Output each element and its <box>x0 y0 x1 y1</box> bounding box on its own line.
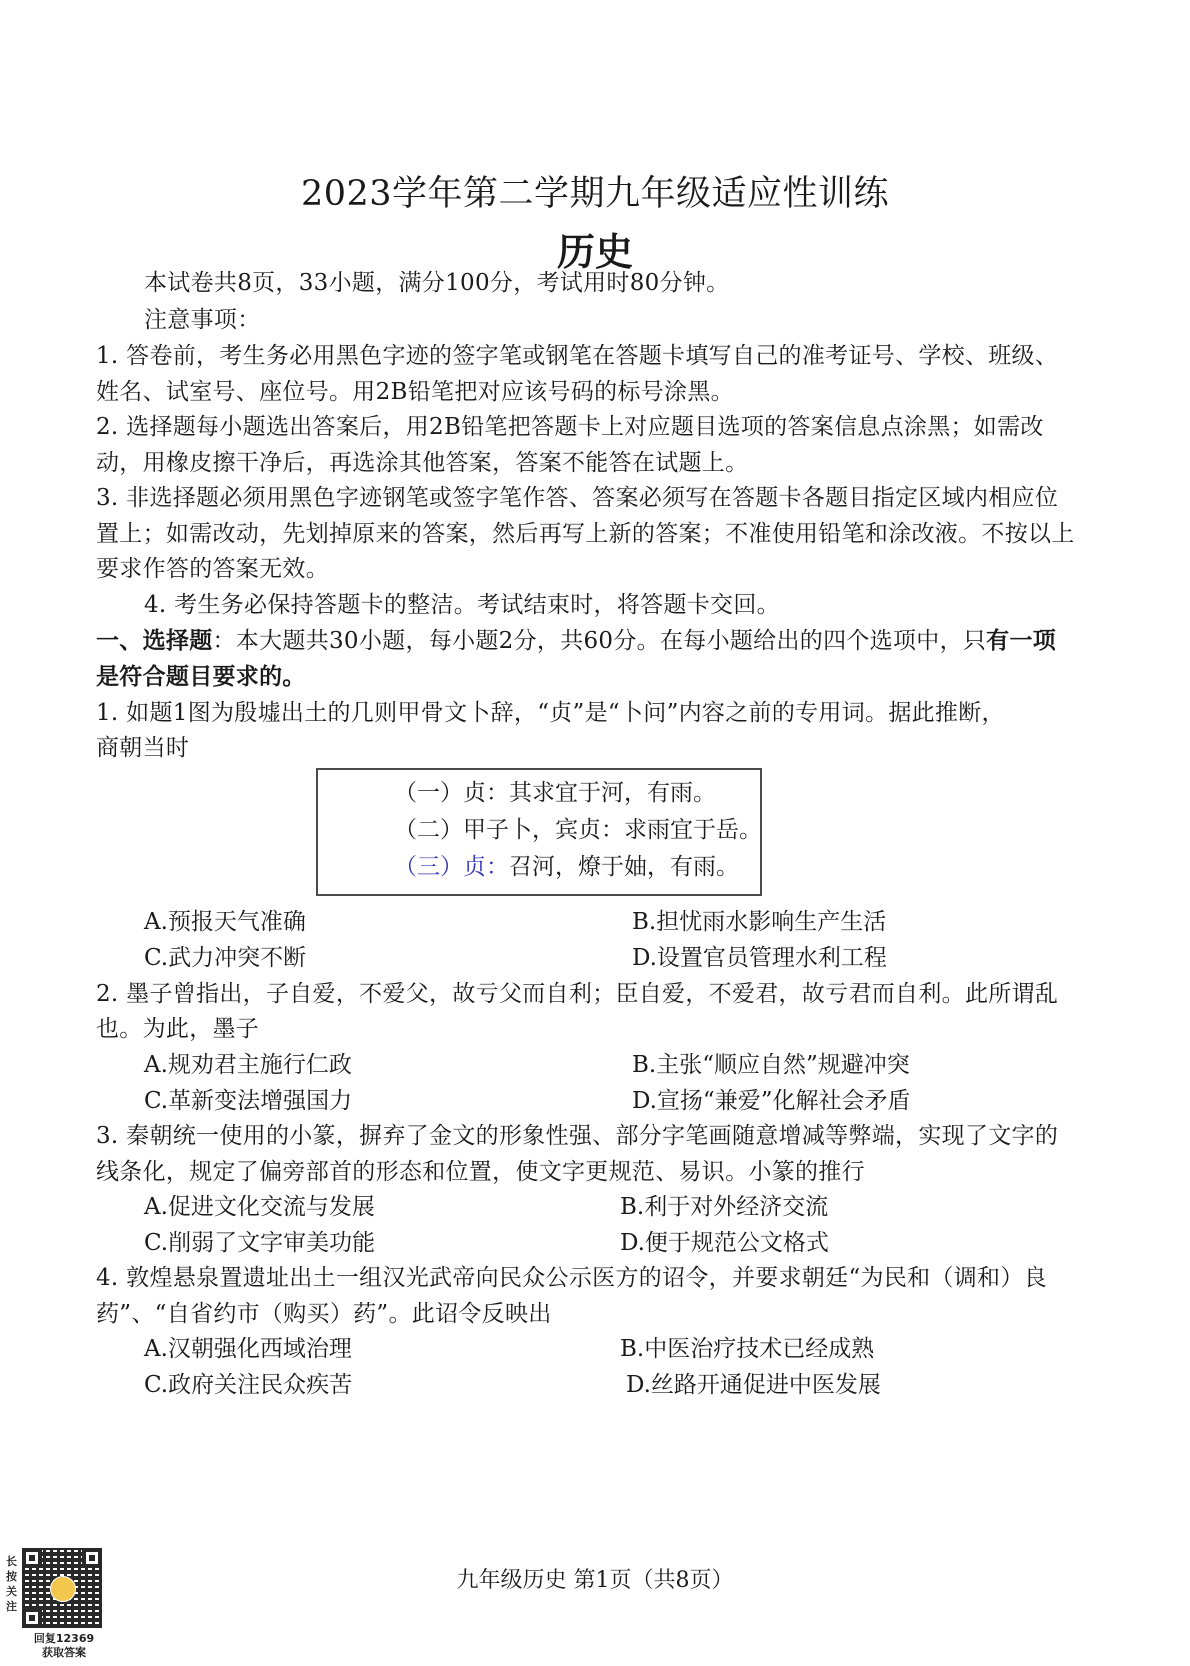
question-2-option-c: C.革新变法增强国力 <box>144 1086 352 1116</box>
instruction-3-line-3: 要求作答的答案无效。 <box>96 554 1096 584</box>
question-3-stem-line-1: 3. 秦朝统一使用的小篆，摒弃了金文的形象性强、部分字笔画随意增减等弊端，实现了… <box>96 1121 1096 1151</box>
question-4-stem-line-1: 4. 敦煌悬泉置遗址出土一组汉光武帝向民众公示医方的诏令，并要求朝廷“为民和（调… <box>96 1263 1096 1293</box>
question-2-option-b: B.主张“顺应自然”规避冲突 <box>632 1050 910 1080</box>
instruction-1-line-1: 1. 答卷前，考生务必用黑色字迹的签字笔或钢笔在答题卡填写自己的准考证号、学校、… <box>96 341 1096 371</box>
qr-code-block: 长 按 关 注 回复12369 获取答案 <box>0 1540 120 1666</box>
exam-page: 2023学年第二学期九年级适应性训练 历史 本试卷共8页，33小题，满分100分… <box>0 0 1190 1666</box>
question-3-option-c: C.削弱了文字审美功能 <box>144 1228 375 1258</box>
question-1-stem-line-1: 1. 如题1图为殷墟出土的几则甲骨文卜辞，“贞”是“卜问”内容之前的专用词。据此… <box>96 698 1096 728</box>
instruction-4: 4. 考生务必保持答题卡的整洁。考试结束时，将答题卡交回。 <box>144 590 780 620</box>
notice-label: 注意事项： <box>144 305 261 335</box>
section-label: 一、选择题 <box>96 627 213 654</box>
question-1-option-b: B.担忧雨水影响生产生活 <box>632 907 886 937</box>
oracle-bone-inscription-figure: （一）贞：其求宜于河，有雨。 （二）甲子卜，宾贞：求雨宜于岳。 （三）贞：召河，… <box>316 768 762 896</box>
inscription-line-1: （一）贞：其求宜于河，有雨。 <box>394 778 716 808</box>
question-1-option-a: A.预报天气准确 <box>144 907 306 937</box>
section-header: 一、选择题：本大题共30小题，每小题2分，共60分。在每小题给出的四个选项中，只… <box>96 626 1096 656</box>
question-3-stem-line-2: 线条化，规定了偏旁部首的形态和位置，使文字更规范、易识。小篆的推行 <box>96 1157 1096 1187</box>
question-4-option-c: C.政府关注民众疾苦 <box>144 1370 352 1400</box>
instruction-3-line-2: 置上；如需改动，先划掉原来的答案，然后再写上新的答案；不准使用铅笔和涂改液。不按… <box>96 519 1096 549</box>
qr-side-text: 长 按 关 注 <box>6 1554 20 1614</box>
qr-finder-icon <box>82 1548 102 1568</box>
question-4-stem-line-2: 药”、“自省约市（购买）药”。此诏令反映出 <box>96 1299 1096 1329</box>
instruction-2-line-1: 2. 选择题每小题选出答案后，用2B铅笔把答题卡上对应题目选项的答案信息点涂黑；… <box>96 412 1096 442</box>
qr-finder-icon <box>22 1548 42 1568</box>
inscription-line-3-prefix: （三）贞： <box>394 854 509 880</box>
question-3-option-a: A.促进文化交流与发展 <box>144 1192 375 1222</box>
question-3-option-d: D.便于规范公文格式 <box>620 1228 829 1258</box>
question-3-option-b: B.利于对外经济交流 <box>620 1192 828 1222</box>
question-1-stem-line-2: 商朝当时 <box>96 733 1096 763</box>
exam-title: 2023学年第二学期九年级适应性训练 <box>0 172 1190 216</box>
instruction-3-line-1: 3. 非选择题必须用黑色字迹钢笔或签字笔作答、答案必须写在答题卡各题目指定区域内… <box>96 483 1096 513</box>
inscription-line-2: （二）甲子卜，宾贞：求雨宜于岳。 <box>394 815 762 845</box>
question-4-option-b: B.中医治疗技术已经成熟 <box>620 1334 874 1364</box>
section-emphasis: 有一项 <box>986 627 1056 654</box>
exam-summary: 本试卷共8页，33小题，满分100分，考试用时80分钟。 <box>144 268 729 298</box>
qr-finder-icon <box>22 1608 42 1628</box>
question-1-option-d: D.设置官员管理水利工程 <box>632 943 887 973</box>
question-2-stem-line-1: 2. 墨子曾指出，子自爱，不爱父，故亏父而自利；臣自爱，不爱君，故亏君而自利。此… <box>96 979 1096 1009</box>
question-2-option-a: A.规劝君主施行仁政 <box>144 1050 352 1080</box>
page-footer: 九年级历史 第1页（共8页） <box>0 1566 1190 1596</box>
section-header-line-2: 是符合题目要求的。 <box>96 662 1096 692</box>
question-2-option-d: D.宣扬“兼爱”化解社会矛盾 <box>632 1086 910 1116</box>
instruction-1-line-2: 姓名、试室号、座位号。用2B铅笔把对应该号码的标号涂黑。 <box>96 377 1096 407</box>
section-text: ：本大题共30小题，每小题2分，共60分。在每小题给出的四个选项中，只 <box>213 628 987 654</box>
qr-code-icon <box>22 1548 102 1628</box>
inscription-line-3: （三）贞：召河，燎于妯，有雨。 <box>394 852 739 882</box>
qr-caption: 回复12369 获取答案 <box>14 1632 114 1660</box>
question-2-stem-line-2: 也。为此，墨子 <box>96 1014 1096 1044</box>
question-4-option-d: D.丝路开通促进中医发展 <box>626 1370 881 1400</box>
question-4-option-a: A.汉朝强化西域治理 <box>144 1334 352 1364</box>
instruction-2-line-2: 动，用橡皮擦干净后，再选涂其他答案，答案不能答在试题上。 <box>96 448 1096 478</box>
question-1-option-c: C.武力冲突不断 <box>144 943 306 973</box>
qr-logo-icon <box>50 1576 76 1602</box>
